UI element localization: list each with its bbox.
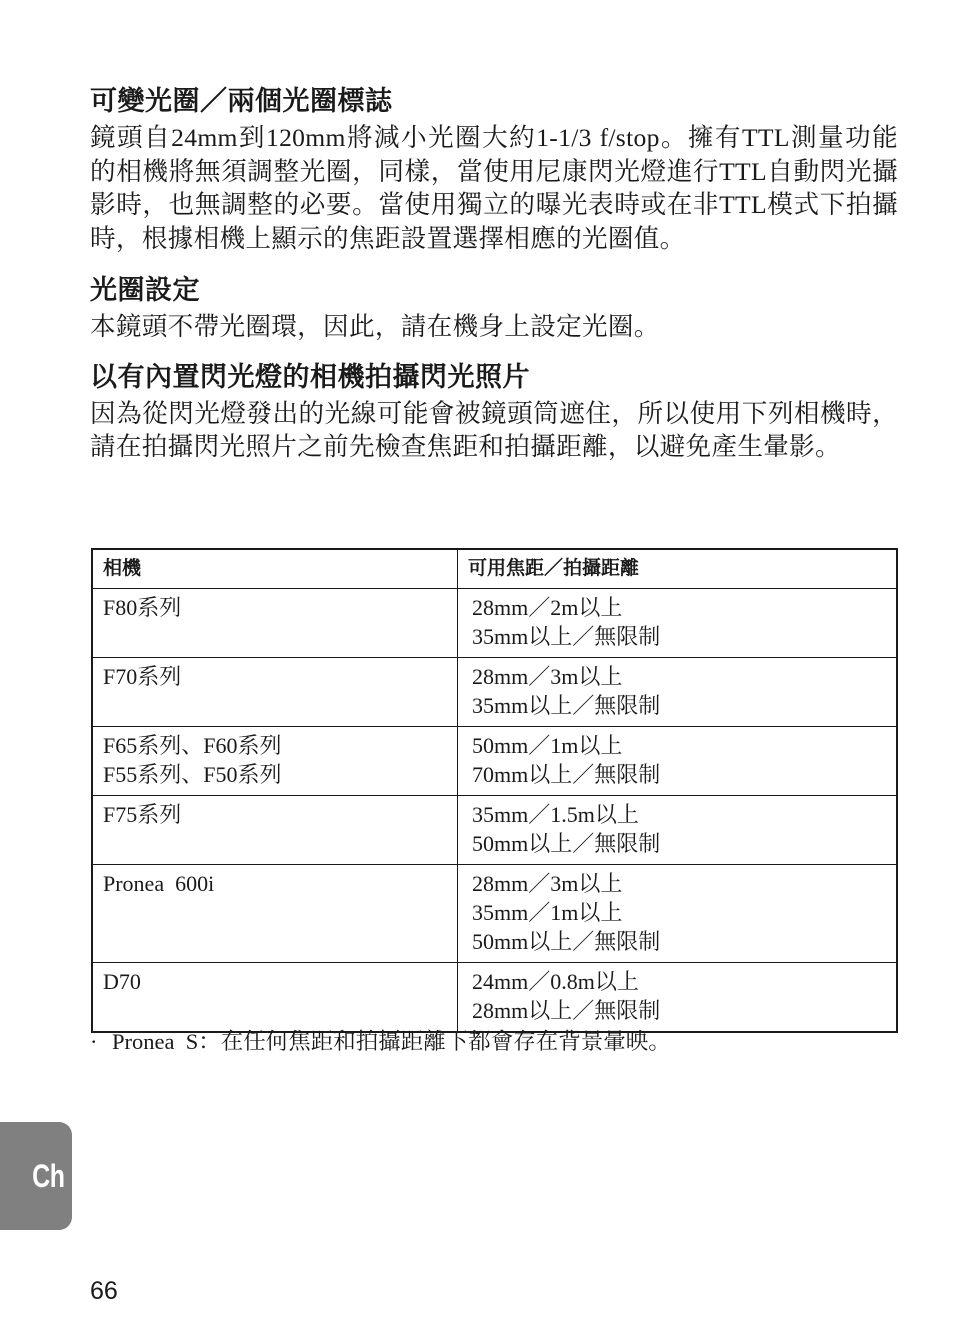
bullet-icon: · xyxy=(90,1027,112,1057)
table-row: Pronea 600i 28mm／3m以上 35mm／1m以上 50mm以上／無… xyxy=(92,865,897,963)
focal-distance-value: 24mm／0.8m以上 xyxy=(472,967,886,996)
table-row: F70系列 28mm／3m以上 35mm以上／無限制 xyxy=(92,658,897,727)
focal-distance-cell: 28mm／3m以上 35mm以上／無限制 xyxy=(458,658,898,727)
camera-name: F70系列 xyxy=(103,662,447,691)
table-header-row: 相機 可用焦距／拍攝距離 xyxy=(92,549,897,589)
camera-cell: F80系列 xyxy=(92,589,458,658)
camera-name: F75系列 xyxy=(103,800,447,829)
camera-cell: Pronea 600i xyxy=(92,865,458,963)
focal-distance-value: 28mm／3m以上 xyxy=(472,869,886,898)
focal-distance-value: 28mm／2m以上 xyxy=(472,593,886,622)
document-content: 可變光圈／兩個光圈標誌 鏡頭自24mm到120mm將減小光圈大約1-1/3 f/… xyxy=(90,84,898,464)
focal-distance-value: 50mm以上／無限制 xyxy=(472,927,886,956)
chapter-language-tab: Ch xyxy=(0,1122,72,1230)
camera-name: F65系列、F60系列 xyxy=(103,731,447,760)
focal-distance-value: 28mm以上／無限制 xyxy=(472,996,886,1025)
section-body-aperture-setting: 本鏡頭不帶光圈環，因此，請在機身上設定光圈。 xyxy=(90,310,898,344)
focal-distance-value: 35mm以上／無限制 xyxy=(472,691,886,720)
section-heading-variable-aperture: 可變光圈／兩個光圈標誌 xyxy=(90,84,898,120)
table-row: F75系列 35mm／1.5m以上 50mm以上／無限制 xyxy=(92,796,897,865)
focal-distance-value: 50mm以上／無限制 xyxy=(472,829,886,858)
section-body-builtin-flash: 因為從閃光燈發出的光線可能會被鏡頭筒遮住，所以使用下列相機時，請在拍攝閃光照片之… xyxy=(90,397,898,464)
page-number: 66 xyxy=(90,1275,118,1307)
column-header-camera: 相機 xyxy=(92,549,458,589)
camera-name: D70 xyxy=(103,967,447,996)
camera-name: Pronea 600i xyxy=(103,869,447,898)
focal-distance-cell: 24mm／0.8m以上 28mm以上／無限制 xyxy=(458,963,898,1033)
column-header-focal-distance: 可用焦距／拍攝距離 xyxy=(458,549,898,589)
footnote: ·Pronea S：在任何焦距和拍攝距離下都會存在背景暈映。 xyxy=(90,1027,671,1057)
camera-name: F80系列 xyxy=(103,593,447,622)
camera-name: F55系列、F50系列 xyxy=(103,760,447,789)
focal-distance-cell: 35mm／1.5m以上 50mm以上／無限制 xyxy=(458,796,898,865)
focal-distance-value: 35mm／1m以上 xyxy=(472,898,886,927)
section-heading-aperture-setting: 光圈設定 xyxy=(90,273,898,309)
focal-distance-cell: 50mm／1m以上 70mm以上／無限制 xyxy=(458,727,898,796)
focal-distance-cell: 28mm／2m以上 35mm以上／無限制 xyxy=(458,589,898,658)
section-body-variable-aperture: 鏡頭自24mm到120mm將減小光圈大約1-1/3 f/stop。擁有TTL測量… xyxy=(90,121,898,255)
chapter-tab-label: Ch xyxy=(33,1158,65,1194)
table-row: D70 24mm／0.8m以上 28mm以上／無限制 xyxy=(92,963,897,1033)
section-heading-builtin-flash: 以有內置閃光燈的相機拍攝閃光照片 xyxy=(90,360,898,396)
focal-distance-cell: 28mm／3m以上 35mm／1m以上 50mm以上／無限制 xyxy=(458,865,898,963)
camera-compatibility-table: 相機 可用焦距／拍攝距離 F80系列 28mm／2m以上 35mm以上／無限制 … xyxy=(91,548,898,1033)
table-row: F80系列 28mm／2m以上 35mm以上／無限制 xyxy=(92,589,897,658)
focal-distance-value: 50mm／1m以上 xyxy=(472,731,886,760)
camera-cell: F75系列 xyxy=(92,796,458,865)
camera-cell: D70 xyxy=(92,963,458,1033)
focal-distance-value: 35mm／1.5m以上 xyxy=(472,800,886,829)
camera-cell: F65系列、F60系列 F55系列、F50系列 xyxy=(92,727,458,796)
camera-cell: F70系列 xyxy=(92,658,458,727)
focal-distance-value: 35mm以上／無限制 xyxy=(472,622,886,651)
focal-distance-value: 28mm／3m以上 xyxy=(472,662,886,691)
table-row: F65系列、F60系列 F55系列、F50系列 50mm／1m以上 70mm以上… xyxy=(92,727,897,796)
focal-distance-value: 70mm以上／無限制 xyxy=(472,760,886,789)
footnote-text: Pronea S：在任何焦距和拍攝距離下都會存在背景暈映。 xyxy=(112,1029,671,1054)
